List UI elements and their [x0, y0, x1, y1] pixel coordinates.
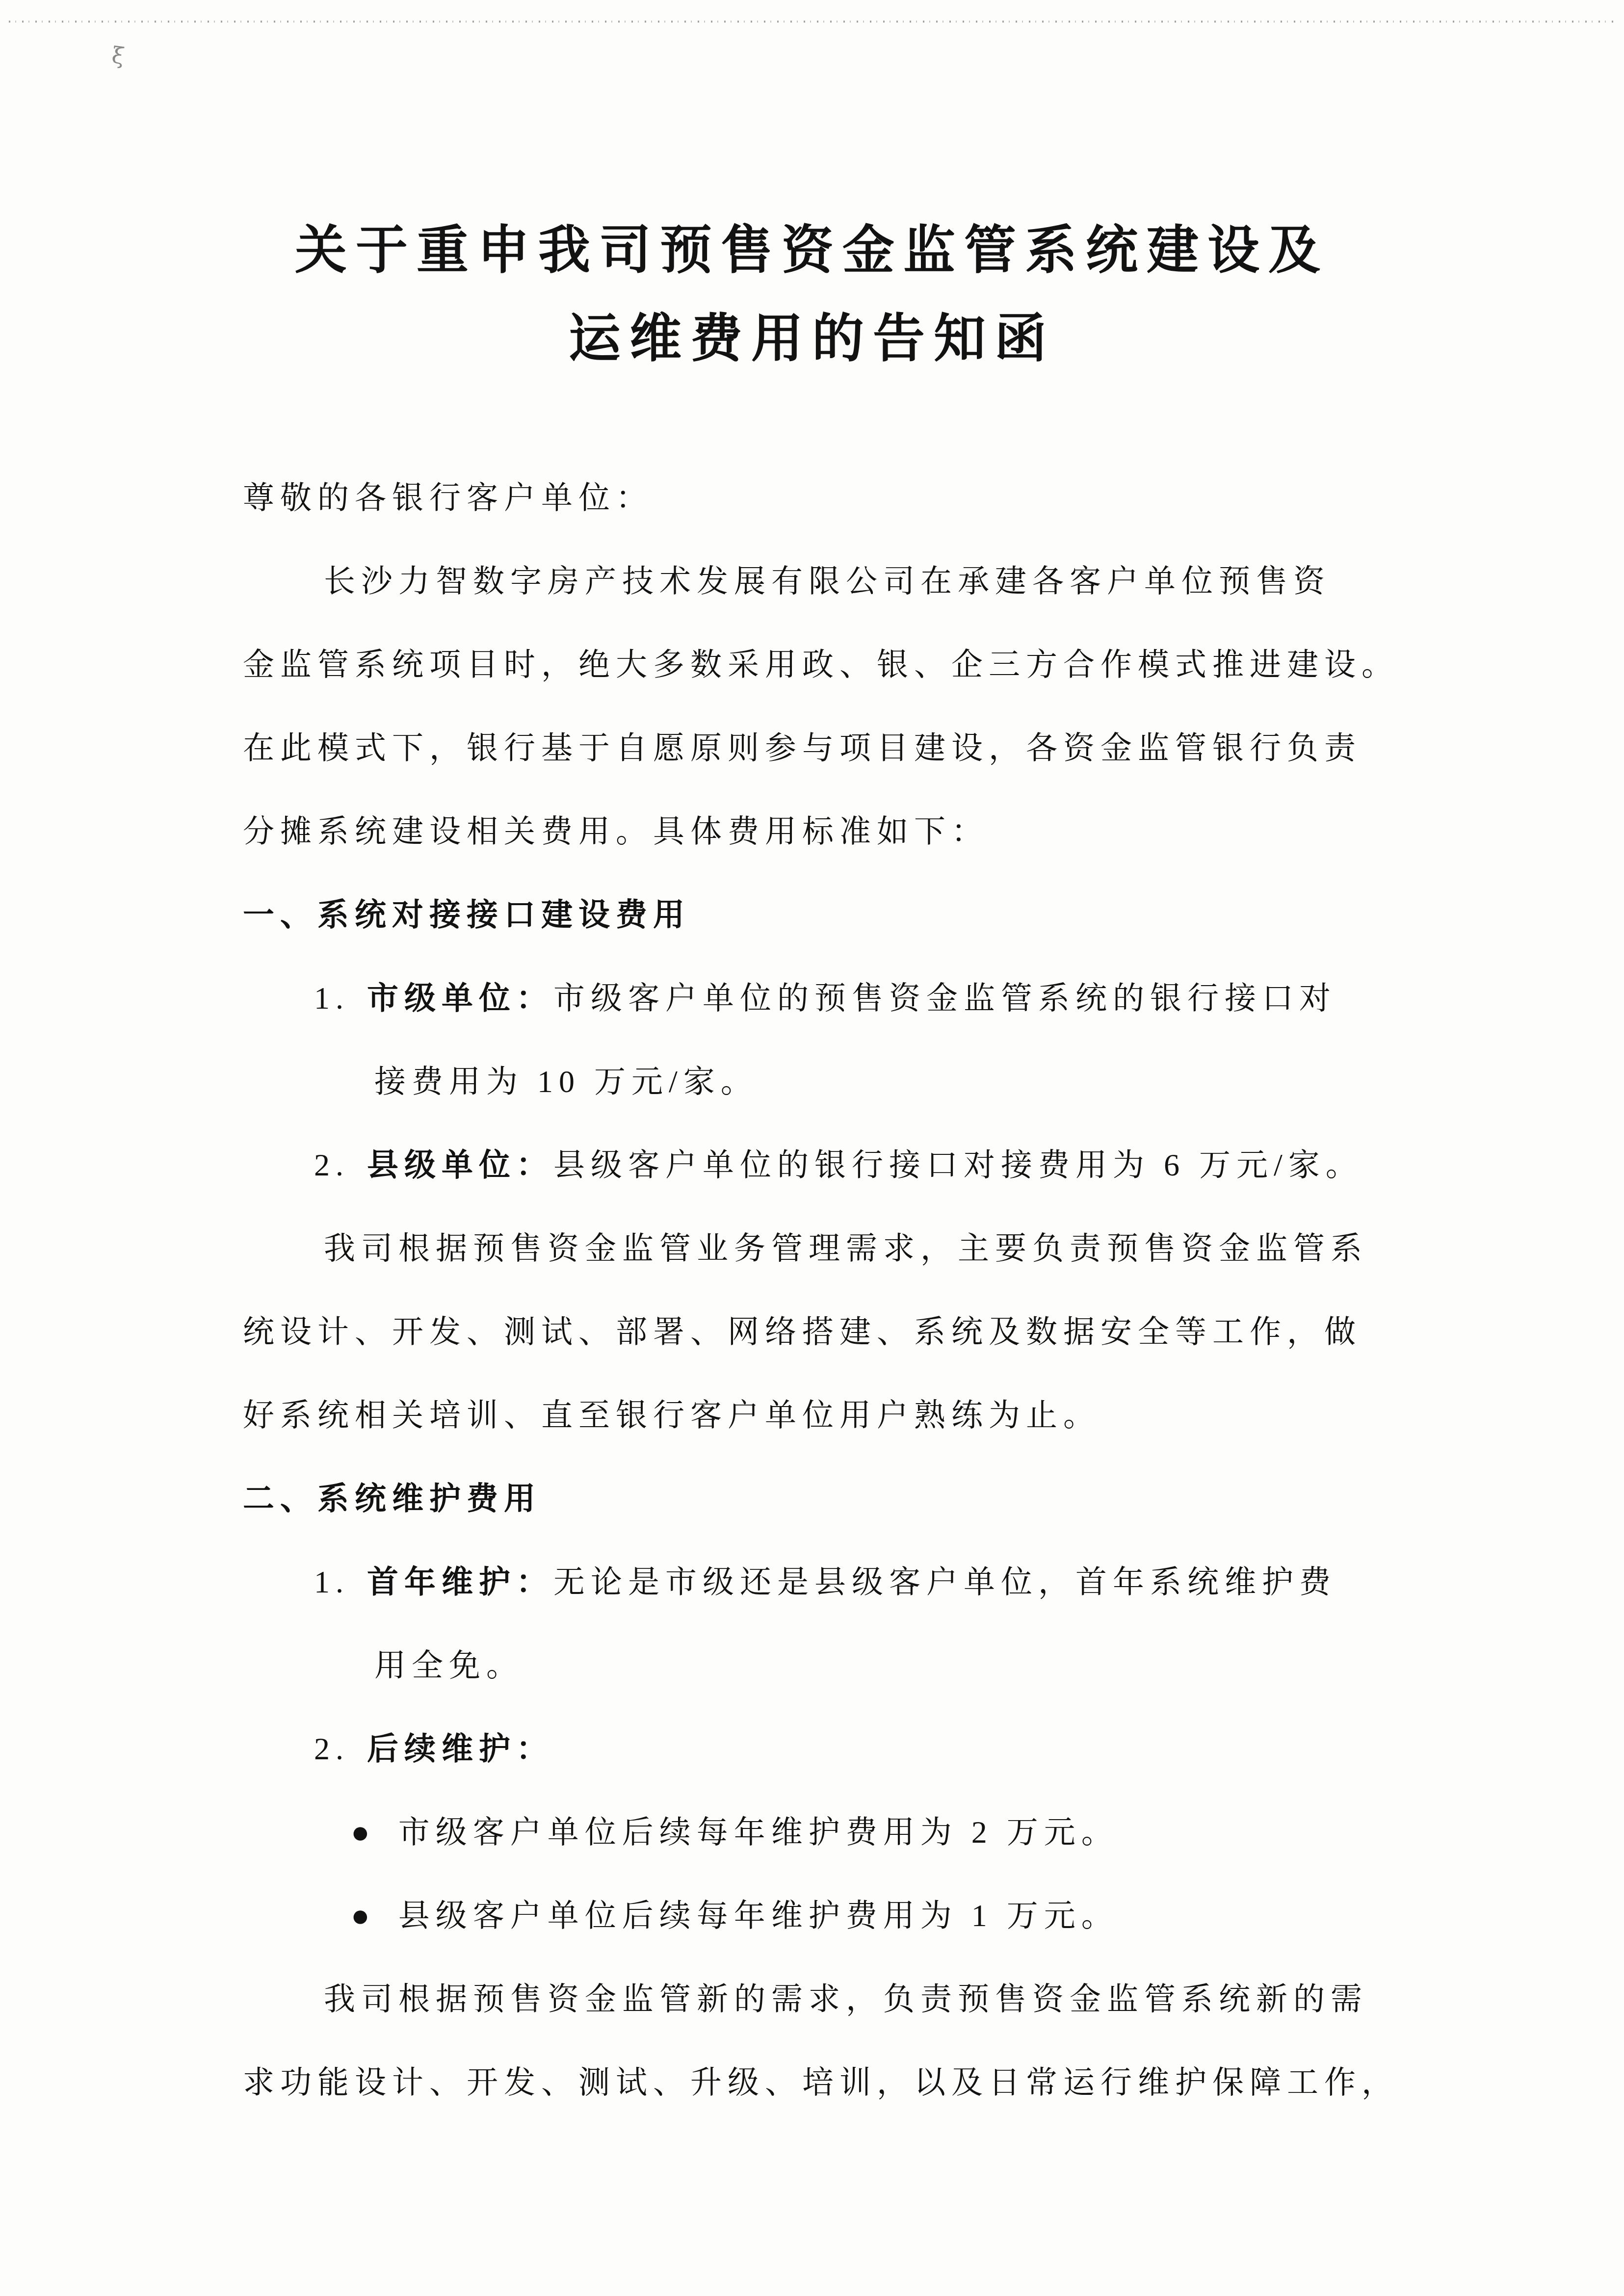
- para-intro-line-3-text: 在此模式下，银行基于自愿原则参与项目建设，各资金监管银行负责: [243, 731, 1362, 765]
- section-2-item-2-text: 2.: [314, 1731, 349, 1766]
- section-1-item-1-line-1: 1.市级单位：市级客户单位的预售资金监管系统的银行接口对: [243, 957, 1428, 1040]
- section-2-item-1-line-2-text: 用全免。: [374, 1648, 524, 1683]
- para-closing-line-1: 我司根据预售资金监管新的需求，负责预售资金监管系统新的需: [243, 1957, 1428, 2041]
- scanned-document-page: ξ 关于重申我司预售资金监管系统建设及 运维费用的告知函 尊敬的各银行客户单位：…: [0, 0, 1624, 2296]
- document-title: 关于重申我司预售资金监管系统建设及 运维费用的告知函: [0, 0, 1624, 383]
- section-1-heading-text: 一、系统对接接口建设费用: [243, 897, 690, 933]
- section-1-item-1-line-1-text: 市级单位：: [367, 980, 553, 1017]
- para-intro-line-2-text: 金监管系统项目时，绝大多数采用政、银、企三方合作模式推进建设。: [243, 647, 1399, 682]
- para-scope-line-3-text: 好系统相关培训、直至银行客户单位用户熟练为止。: [243, 1398, 1100, 1433]
- section-1-item-1-line-1-text: 市级客户单位的预售资金监管系统的银行接口对: [553, 981, 1336, 1016]
- section-2-item-1-line-2: 用全免。: [243, 1624, 1428, 1707]
- section-1-item-1-line-2: 接费用为 10 万元/家。: [243, 1040, 1428, 1123]
- para-scope-line-1: 我司根据预售资金监管业务管理需求，主要负责预售资金监管系: [243, 1207, 1428, 1290]
- para-intro-line-4-text: 分摊系统建设相关费用。具体费用标准如下：: [243, 814, 989, 849]
- section-2-bullet-2: ●县级客户单位后续每年维护费用为 1 万元。: [243, 1874, 1428, 1957]
- bullet-dot-icon: ●: [351, 1815, 376, 1850]
- para-intro-line-1-text: 长沙力智数字房产技术发展有限公司在承建各客户单位预售资: [324, 564, 1331, 599]
- salutation: 尊敬的各银行客户单位：: [243, 456, 1428, 540]
- document-body: 尊敬的各银行客户单位：长沙力智数字房产技术发展有限公司在承建各客户单位预售资金监…: [0, 456, 1624, 2124]
- para-closing-line-2: 求功能设计、开发、测试、升级、培训，以及日常运行维护保障工作，: [243, 2041, 1428, 2124]
- bullet-dot-icon: ●: [351, 1898, 376, 1933]
- scan-noise-line: [9, 21, 1617, 23]
- section-2-item-2-text: 后续维护：: [367, 1731, 553, 1767]
- section-2-heading-text: 二、系统维护费用: [243, 1481, 541, 1517]
- section-2-item-1-line-1-text: 首年维护：: [367, 1564, 553, 1600]
- para-scope-line-3: 好系统相关培训、直至银行客户单位用户熟练为止。: [243, 1374, 1428, 1457]
- para-scope-line-2: 统设计、开发、测试、部署、网络搭建、系统及数据安全等工作，做: [243, 1290, 1428, 1374]
- section-2-heading: 二、系统维护费用: [243, 1457, 1428, 1540]
- para-intro-line-3: 在此模式下，银行基于自愿原则参与项目建设，各资金监管银行负责: [243, 706, 1428, 790]
- para-scope-line-1-text: 我司根据预售资金监管业务管理需求，主要负责预售资金监管系: [324, 1231, 1368, 1266]
- section-1-item-2-text: 县级单位：: [367, 1147, 553, 1183]
- para-closing-line-1-text: 我司根据预售资金监管新的需求，负责预售资金监管系统新的需: [324, 1982, 1368, 2016]
- section-1-heading: 一、系统对接接口建设费用: [243, 873, 1428, 957]
- salutation-text: 尊敬的各银行客户单位：: [243, 480, 653, 515]
- para-intro-line-4: 分摊系统建设相关费用。具体费用标准如下：: [243, 790, 1428, 873]
- section-2-bullet-1: ●市级客户单位后续每年维护费用为 2 万元。: [243, 1791, 1428, 1874]
- para-closing-line-2-text: 求功能设计、开发、测试、升级、培训，以及日常运行维护保障工作，: [243, 2065, 1399, 2100]
- section-1-item-1-line-1-text: 1.: [314, 981, 349, 1016]
- section-2-item-1-line-1: 1.首年维护：无论是市级还是县级客户单位，首年系统维护费: [243, 1540, 1428, 1624]
- section-2-bullet-2-text: 县级客户单位后续每年维护费用为 1 万元。: [398, 1898, 1119, 1933]
- document-title-line-2: 运维费用的告知函: [0, 294, 1624, 383]
- section-1-item-1-line-2-text: 接费用为 10 万元/家。: [374, 1064, 758, 1099]
- para-intro-line-2: 金监管系统项目时，绝大多数采用政、银、企三方合作模式推进建设。: [243, 623, 1428, 706]
- section-1-item-2-text: 2.: [314, 1148, 349, 1182]
- section-1-item-2: 2.县级单位：县级客户单位的银行接口对接费用为 6 万元/家。: [243, 1123, 1428, 1207]
- section-2-item-2: 2.后续维护：: [243, 1707, 1428, 1791]
- document-title-line-1: 关于重申我司预售资金监管系统建设及: [0, 206, 1624, 294]
- para-intro-line-1: 长沙力智数字房产技术发展有限公司在承建各客户单位预售资: [243, 540, 1428, 623]
- para-scope-line-2-text: 统设计、开发、测试、部署、网络搭建、系统及数据安全等工作，做: [243, 1314, 1362, 1349]
- section-2-bullet-1-text: 市级客户单位后续每年维护费用为 2 万元。: [398, 1815, 1119, 1850]
- section-1-item-2-text: 县级客户单位的银行接口对接费用为 6 万元/家。: [553, 1148, 1363, 1182]
- section-2-item-1-line-1-text: 1.: [314, 1565, 349, 1599]
- section-2-item-1-line-1-text: 无论是市级还是县级客户单位，首年系统维护费: [553, 1565, 1336, 1599]
